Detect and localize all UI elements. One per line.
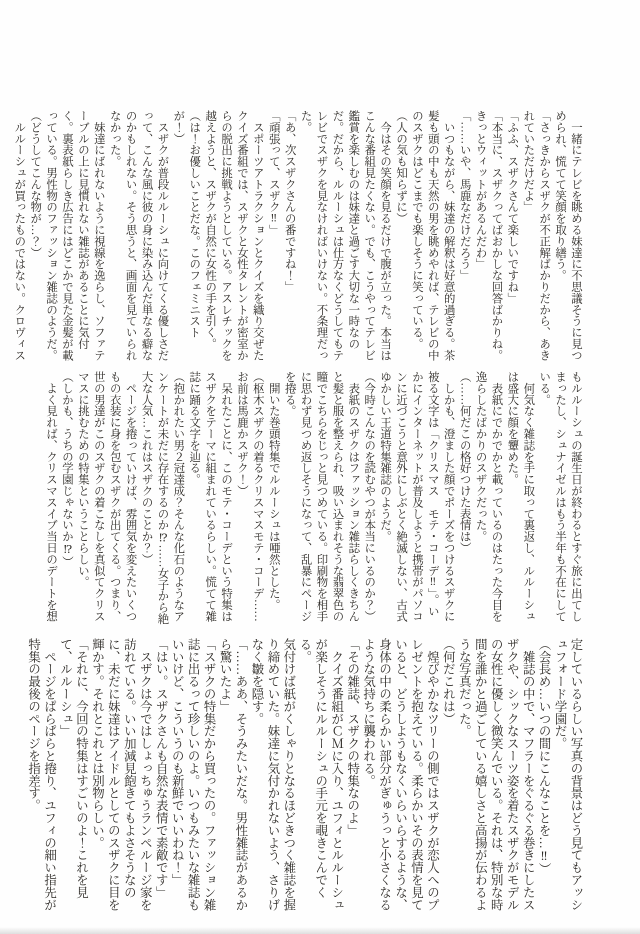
paragraph: 「頑張って、スザク‼」: [265, 110, 281, 364]
paragraph: 表紙にでかでかと載っているのはたった今目を逸らしたばかりのスザクだった。: [472, 371, 504, 625]
paragraph: 雑誌の中で、マフラーをぐるぐる巻きにしたスザクや、シックなスーツ姿を着たスザクが…: [455, 638, 535, 916]
paragraph: 「それに、今回の特集はすごいのよ！これを見て、ルルーシュ」: [57, 638, 89, 916]
paragraph: スザクが普段ルルーシュに向けてくる優しさだって、こんな風に彼の身に染み込んだ単な…: [106, 110, 170, 364]
paragraph: （は！お優しいことだな。このフェミニストが！）: [169, 110, 201, 364]
paragraph: もルルーシュの誕生日が終わるとすぐ旅に出てしまったし、シュナイゼルはもう半年も不…: [535, 371, 583, 625]
paragraph: スザクは今ではしょっちゅうランペルージ家を訪れている。いい加減見飽きてもよさそう…: [88, 638, 152, 916]
paragraph: しかも、澄ました顔でポーズをつけるスザクに被る文字は「クリスマス モテ・コーデ‼…: [376, 371, 456, 625]
paragraph: 「……いや、馬鹿なだけだろう」: [456, 110, 472, 364]
paragraph: ページをぱらぱらと捲り、ユフィの細い指先が特集の最後のページを指差す。: [25, 638, 57, 916]
paragraph: 「本当に、スザクってばおかしな回答ばかりね。きっとウィットがあるんだわ」: [472, 110, 504, 364]
text-band-middle: もルルーシュの誕生日が終わるとすぐ旅に出てしまったし、シュナイゼルはもう半年も不…: [42, 371, 583, 625]
paragraph: いつもながら、妹達の解釈は好意的過ぎる。茶髪も頭の中も天然の男を眺めやれば、テレ…: [408, 110, 456, 364]
paragraph: 「ふふ、スザクさんて楽しいですね」: [503, 110, 519, 364]
paragraph: （会長め…いつの間にこんなことを…‼）: [535, 638, 551, 916]
paragraph: 開いた巻頭特集でルルーシュは唖然とした。: [265, 371, 281, 625]
paragraph: 気付けば紙がくしゃりとなるほどきつく雑誌を握り締めていた。妹達に気付かれないよう…: [248, 638, 296, 916]
paragraph: スポーツアトラクションとクイズを織り交ぜたクイズ番組では、スザクと女性タレントが…: [201, 110, 265, 364]
paragraph: 何気なく雑誌を手に取って裏返し、ルルーシュは盛大に顔を顰めた。: [503, 371, 535, 625]
paragraph: 一緒にテレビを眺める妹達に不思議そうに見つめられ、慌てて笑顔を取り繕う。: [551, 110, 583, 364]
paragraph: 「スザクの特集だから買ったの。ファッション雑誌に出るって珍しいのよ。いつもみたい…: [168, 638, 216, 916]
paragraph: ルルーシュが買ったものではない。クロヴィス: [10, 110, 26, 364]
paragraph: （今時こんなのを読むやつが本当にいるのか？）: [360, 371, 376, 625]
paragraph: （人の気も知らずに）: [392, 110, 408, 364]
paragraph: ページを捲っていけば、雰囲気を変えたいくつもの衣装に身を包むスザクが出てくる。つ…: [74, 371, 138, 625]
paragraph: （抱かれたい男２冠達成？そんな化石のようなアンケートが未だに存在するのか⁉……女…: [138, 371, 186, 625]
text-band-bottom: 定しているらしい写真の背景はどう見てもアッシュフォード学園だ。（会長め…いつの間…: [25, 638, 583, 916]
novel-page: 一緒にテレビを眺める妹達に不思議そうに見つめられ、慌てて笑顔を取り繕う。「さっき…: [0, 0, 640, 934]
paragraph: （何だこれは）: [439, 638, 455, 916]
paragraph: 「あ、次スザクさんの番ですね！」: [281, 110, 297, 364]
paragraph: （しかも、うちの学園じゃないか⁉）: [58, 371, 74, 625]
paragraph: 「その雑誌、スザクの特集なのよ」: [344, 638, 360, 916]
paragraph: 「……ああ、そうみたいだな。男性雑誌があるから驚いたよ」: [216, 638, 248, 916]
paragraph: 呆れたことに、このモテ・コーデという特集はスザクをテーマに組まれているらしい。慌…: [185, 371, 233, 625]
paragraph: （どうしてこんな物が…？）: [26, 110, 42, 364]
paragraph: （……何だこの格好つけた表情は）: [456, 371, 472, 625]
paragraph: クイズ番組がＣＭに入り、ユフィとルルーシュが楽しそうにルルーシュの手元を覗きこん…: [296, 638, 344, 916]
text-band-top: 一緒にテレビを眺める妹達に不思議そうに見つめられ、慌てて笑顔を取り繕う。「さっき…: [10, 110, 583, 364]
paragraph: 定しているらしい写真の背景はどう見てもアッシュフォード学園だ。: [551, 638, 583, 916]
paragraph: よく見れば、クリスマスイブ当日のデートを想: [42, 371, 58, 625]
paragraph: 今はその笑顔を見るだけで腹が立った。本当はこんな番組見たくない。でも、こうやって…: [297, 110, 392, 364]
paragraph: 煌びやかなツリーの側ではスザクが恋人へのプレゼントを抱えている。柔らかいその表情…: [360, 638, 440, 916]
paragraph: 妹達にばれないように視線を逸らし、ソファテーブルの上に見慣れない雑誌があることに…: [42, 110, 106, 364]
paragraph: 「さっきからスザクが不正解ばかりだから、あきれていただけだよ」: [519, 110, 551, 364]
paragraph: （枢木スザクの着るクリスマスモテ・コーデ……お前は馬鹿かスザク！）: [233, 371, 265, 625]
scan-edge-shadow: [0, 927, 640, 934]
paragraph: 表紙のスザクはファッション雑誌らしくきちんと髪と服を整えられ、吸い込まれそうな翡…: [281, 371, 361, 625]
paragraph: 「はい。スザクさんも自然な表情で素敵です」: [152, 638, 168, 916]
